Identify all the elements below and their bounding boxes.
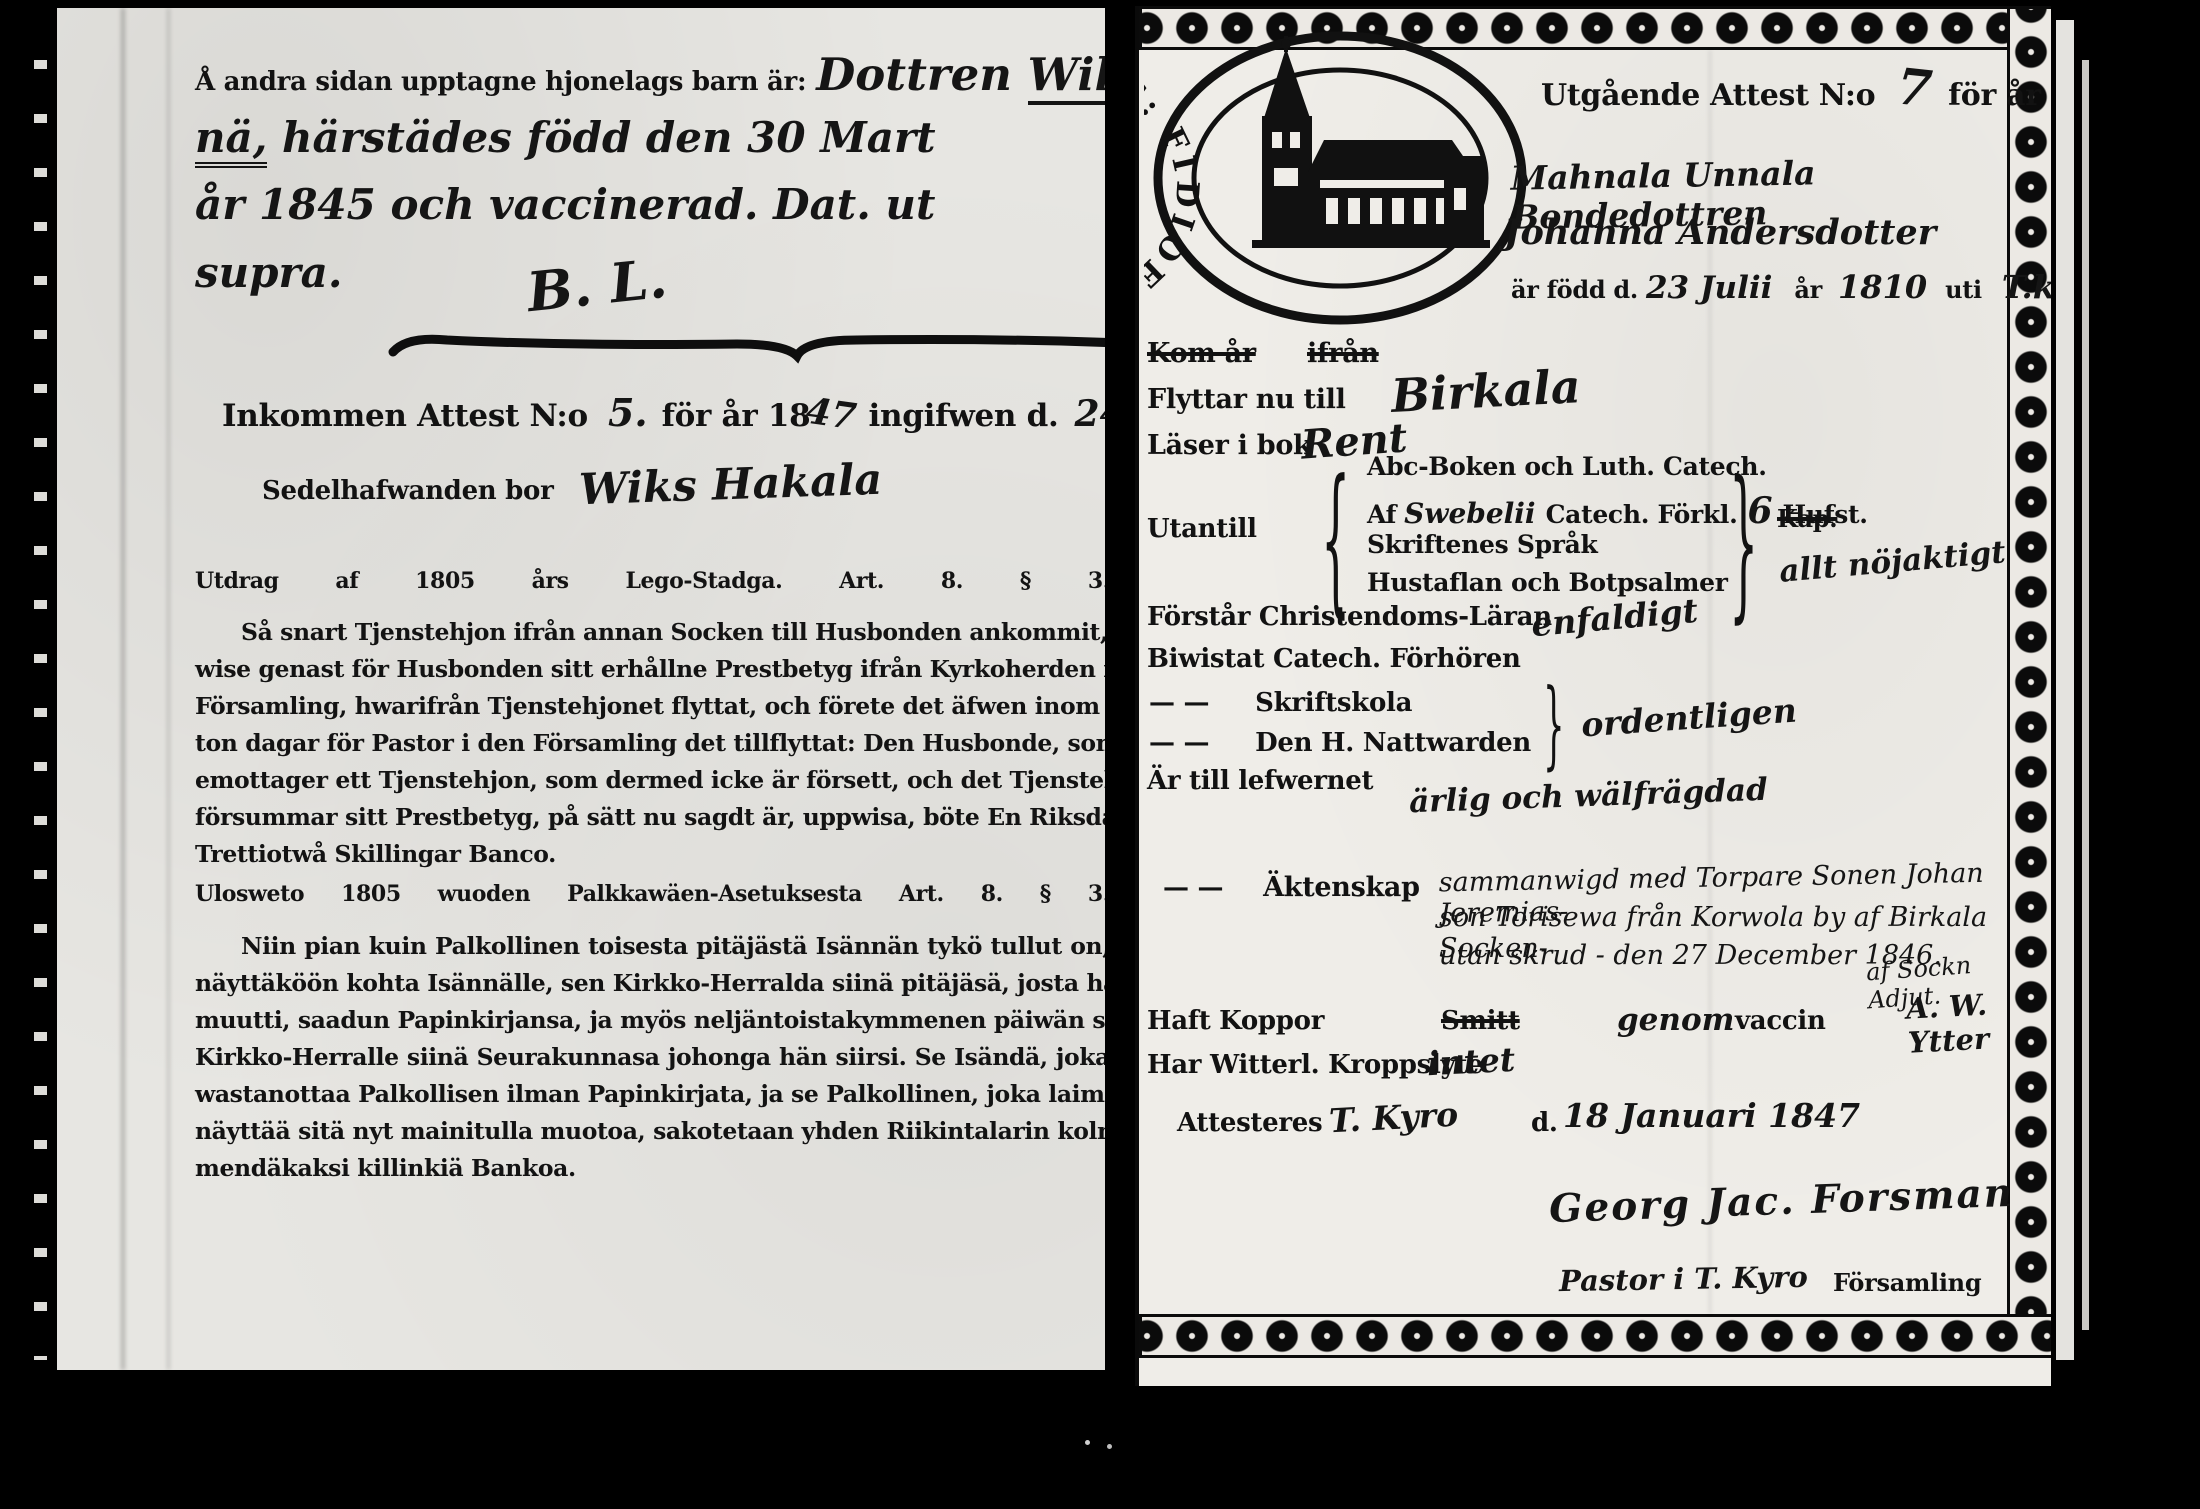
field-laser-label: Läser i bok: [1147, 430, 1311, 461]
attest-year-hw: 47: [804, 390, 859, 439]
page-crease: [121, 8, 125, 1370]
field-smitt: Smitt: [1441, 1006, 1520, 1036]
field-flyttar-label: Flyttar nu till: [1147, 384, 1346, 415]
field-kroppslyte-value: intet: [1426, 1040, 1516, 1084]
rosette-border-bottom: [1139, 1314, 2051, 1358]
field-koppor-value-hw: genom: [1617, 1002, 1734, 1038]
field-kom-ar: Kom år: [1147, 338, 1256, 369]
paragraph-line: näyttää sitä nyt mainitulla muotoa, sako…: [195, 1113, 1105, 1150]
page-crease: [167, 8, 170, 1370]
field-forstar-label: Förstår Christendoms-Läran: [1147, 602, 1552, 632]
paragraph-line: försummar sitt Prestbetyg, på sätt nu sa…: [195, 799, 1105, 836]
utantill-item-1: Abc-Boken och Luth. Catech.: [1367, 452, 1767, 481]
field-lefwernet-value: ärlig och wälfrägdad: [1408, 772, 1768, 820]
utantill-close-brace: }: [1729, 444, 1758, 638]
title-number-hw: 7: [1894, 56, 1935, 118]
margin-note-line-4: supra.: [195, 248, 343, 297]
margin-note-line-2: nä, härstädes född den 30 Mart: [195, 113, 935, 162]
finnish-extract-heading: Ulosweto 1805 wuoden Palkkawäen-Asetukse…: [195, 876, 1105, 913]
paragraph-line: wise genast för Husbonden sitt erhållne …: [195, 651, 1105, 688]
paragraph-line: Så snart Tjenstehjon ifrån annan Socken …: [195, 614, 1105, 651]
margin-note-line-3: år 1845 och vaccinerad. Dat. ut: [195, 180, 935, 229]
paragraph-line: Trettiotwå Skillingar Banco.: [195, 836, 1105, 873]
attesteres-date-hw: 18 Januari 1847: [1563, 1096, 1860, 1135]
right-page: DIOECESIS ABOENSIS. MAGNI PRINC: FINL.: [1135, 6, 2051, 1386]
note-handwriting: Dottren Wilhel: [816, 48, 1105, 101]
clerk-initials: B. L.: [524, 246, 670, 324]
attest-print-1: Inkommen Attest N:o: [222, 398, 588, 434]
bearer-label: Sedelhafwanden bor: [262, 476, 553, 506]
utantill-item-3: Skriftenes Språk: [1367, 530, 1598, 559]
divider-swash: [387, 324, 1105, 366]
finnish-extract-paragraph: Niin pian kuin Palkollinen toisesta pitä…: [195, 928, 1105, 1187]
paragraph-line: Niin pian kuin Palkollinen toisesta pitä…: [195, 928, 1105, 965]
field-aktenskap-label-row: — — Äktenskap: [1163, 872, 1420, 903]
swedish-extract-heading: Utdrag af 1805 års Lego-Stadga. Art. 8. …: [195, 563, 1105, 600]
title-line: Utgående Attest N:o 7 för år 18 47: [1541, 58, 2051, 117]
adjunct-signature: A. W. Ytter: [1905, 984, 2051, 1059]
birth-print-2: år: [1794, 275, 1822, 304]
margin-note-line-1: Å andra sidan upptagne hjonelags barn är…: [195, 48, 1105, 101]
attest-print-3: ingifwen d.: [869, 398, 1059, 434]
pastor-title-hw: Pastor i T. Kyro: [1559, 1260, 1808, 1298]
birth-year-hw: 1810: [1838, 268, 1927, 306]
attesteres-d-print: d.: [1531, 1108, 1558, 1138]
torn-film-edge: [34, 60, 47, 1360]
diocese-seal: DIOECESIS ABOENSIS. MAGNI PRINC: FINL.: [1144, 22, 1536, 334]
field-forstar-value: enfaldigt: [1530, 591, 1700, 644]
field-ifran: ifrån: [1307, 338, 1379, 369]
left-page: Å andra sidan upptagne hjonelags barn är…: [57, 8, 1105, 1370]
bearer-value-hw: Wiks Hakala: [579, 455, 884, 516]
field-koppor-label: Haft Koppor: [1147, 1006, 1324, 1036]
field-skriftskola: — — Skriftskola: [1149, 688, 1412, 718]
paragraph-line: emottager ett Tjenstehjon, som dermed ic…: [195, 762, 1105, 799]
paragraph-line: wastanottaa Palkollisen ilman Papinkirja…: [195, 1076, 1105, 1113]
attest-print-2: för år 18: [662, 398, 811, 434]
field-koppor-value-print: vaccin: [1735, 1006, 1826, 1036]
birth-place-hw: T.kyro: [2002, 268, 2051, 306]
paragraph-line: näyttäköön kohta Isännälle, sen Kirkko-H…: [195, 965, 1105, 1002]
pastor-parish-print: Församling: [1833, 1268, 1981, 1297]
field-lefwernet-label: Är till lefwernet: [1147, 766, 1373, 796]
paragraph-line: Kirkko-Herralle siinä Seurakunnasa johon…: [195, 1039, 1105, 1076]
paragraph-line: mendäkaksi killinkiä Bankoa.: [195, 1150, 1105, 1187]
inkommen-attest-line: Inkommen Attest N:o 5. för år 18 47 ingi…: [222, 390, 1105, 435]
note-print-text: Å andra sidan upptagne hjonelags barn är…: [195, 67, 806, 97]
field-biwistat-label: Biwistat Catech. Förhören: [1147, 644, 1521, 674]
attesteres-place-hw: T. Kyro: [1328, 1095, 1459, 1141]
field-aktenskap-label: Äktenskap: [1263, 872, 1420, 903]
field-utantill-label: Utantill: [1147, 514, 1257, 544]
attest-date-hw: 24. Janua: [1075, 393, 1105, 435]
birth-line: är född d. 23 Julii år 1810 uti T.kyro: [1511, 268, 2051, 306]
title-print-2: för år 18: [1948, 78, 2051, 113]
paragraph-line: muutti, saadun Papinkirjansa, ja myös ne…: [195, 1002, 1105, 1039]
forhoren-brace: }: [1543, 670, 1564, 782]
bearer-line: Sedelhafwanden bor Wiks Hakala: [262, 460, 883, 510]
attest-number-hw: 5.: [608, 390, 648, 435]
field-flyttar-value: Birkala: [1390, 359, 1582, 423]
forhoren-value-hw: ordentligen: [1580, 691, 1798, 745]
paragraph-line: ton dagar för Pastor i den Församling de…: [195, 725, 1105, 762]
pastor-signature: Georg Jac. Forsman: [1548, 1170, 2014, 1232]
field-nattwarden: — — Den H. Nattwarden: [1149, 728, 1531, 758]
person-line-2: Johanna Andersdotter: [1504, 212, 1936, 253]
film-specks: [1085, 1440, 1090, 1445]
birth-print-1: är född d.: [1511, 275, 1638, 304]
utantill-grade-hw: allt nöjaktigt: [1778, 534, 2007, 590]
birth-print-3: uti: [1945, 275, 1982, 304]
field-kap: Kap.: [1777, 504, 1837, 533]
attesteres-label: Attesteres: [1177, 1108, 1322, 1138]
swedish-extract-paragraph: Så snart Tjenstehjon ifrån annan Socken …: [195, 614, 1105, 873]
paragraph-line: Församling, hwarifrån Tjenstehjonet flyt…: [195, 688, 1105, 725]
birth-date-hw: 23 Julii: [1646, 270, 1772, 306]
page-stack-edge: [2056, 20, 2074, 1360]
page-stack-edge: [2082, 60, 2089, 1330]
title-print-1: Utgående Attest N:o: [1541, 78, 1875, 113]
